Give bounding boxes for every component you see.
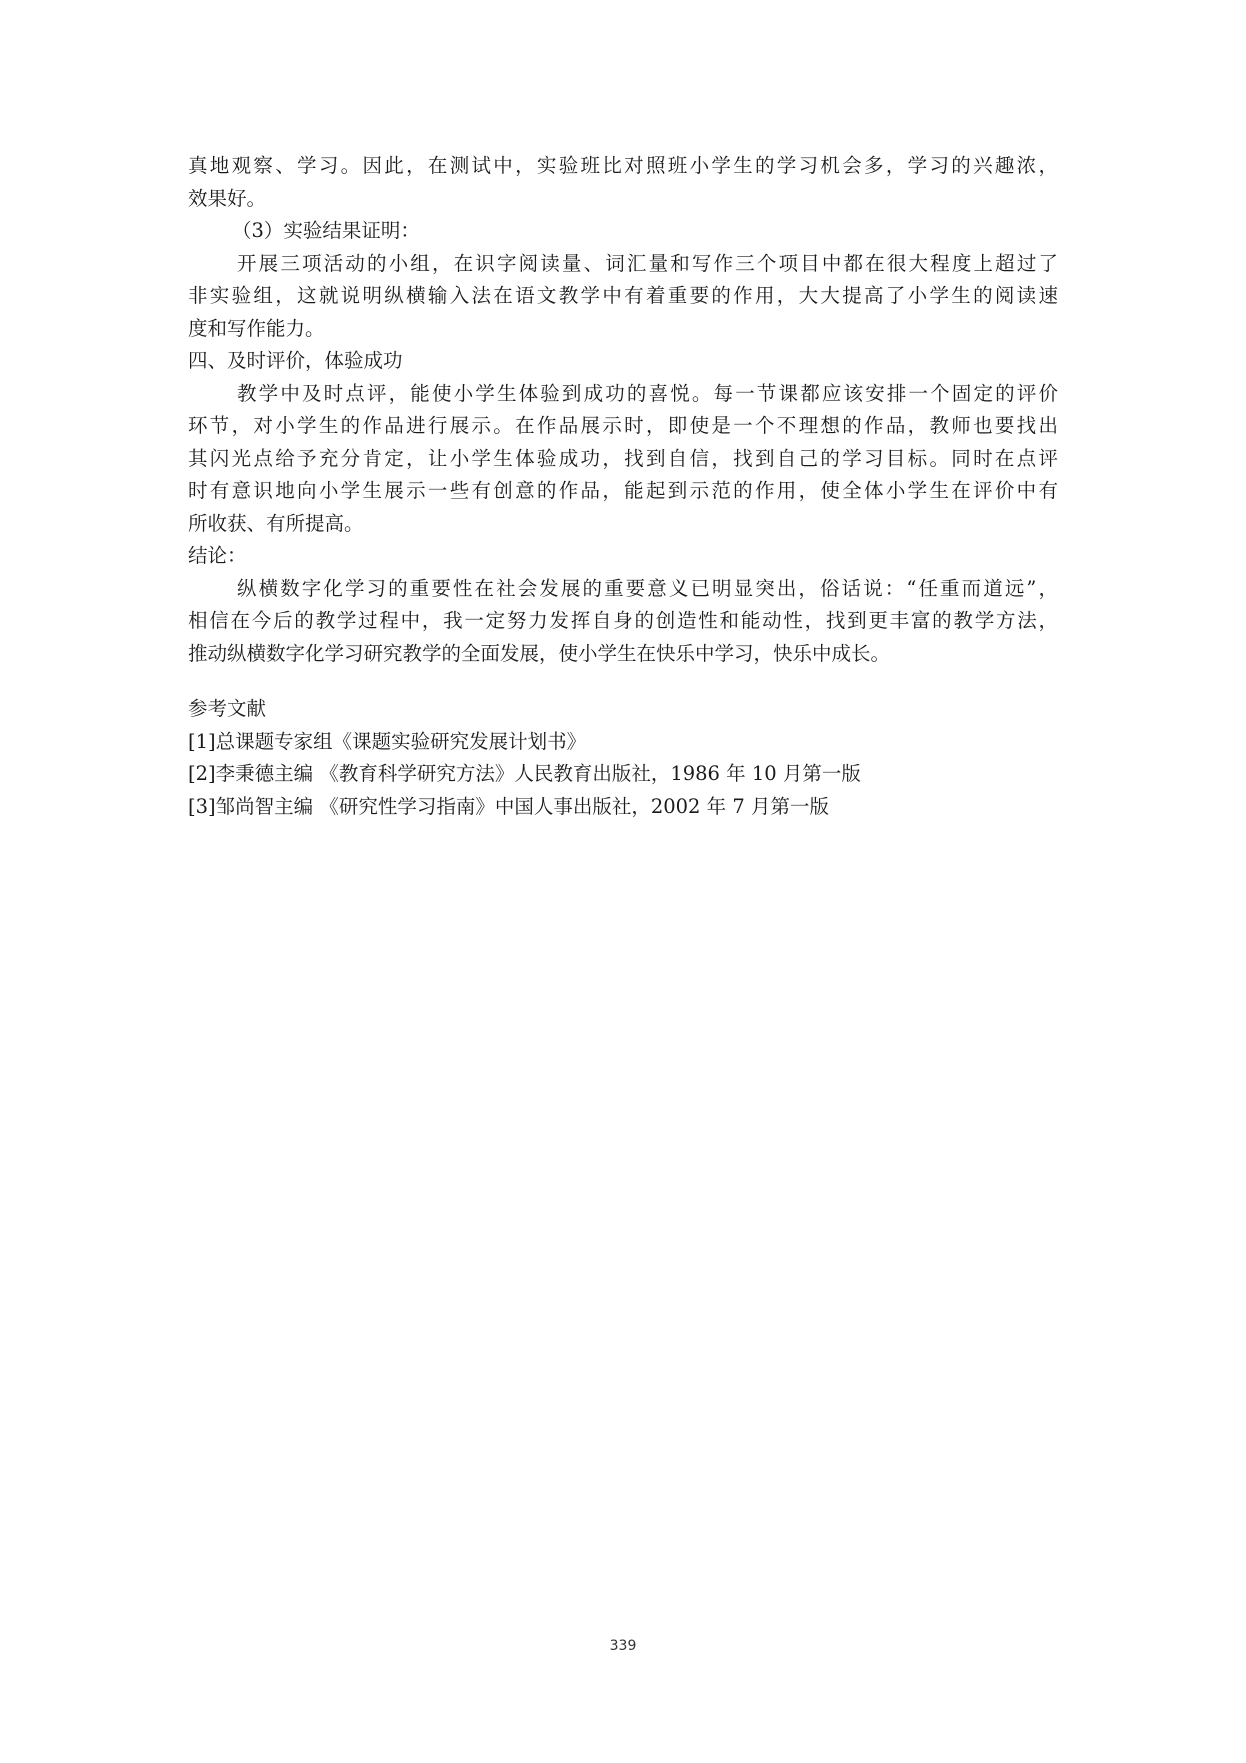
conclusion-heading: 结论： <box>188 540 1058 573</box>
body-line: 时有意识地向小学生展示一些有创意的作品，能起到示范的作用，使全体小学生在评价中有 <box>188 475 1058 508</box>
document-page: 真地观察、学习。因此，在测试中，实验班比对照班小学生的学习机会多，学习的兴趣浓，… <box>188 150 1058 823</box>
section-heading: 四、及时评价，体验成功 <box>188 345 1058 378</box>
reference-item: [2]李秉德主编 《教育科学研究方法》人民教育出版社，1986 年 10 月第一… <box>188 758 1058 791</box>
body-line: 非实验组，这就说明纵横输入法在语文教学中有着重要的作用，大大提高了小学生的阅读速 <box>188 280 1058 313</box>
body-line: 开展三项活动的小组，在识字阅读量、词汇量和写作三个项目中都在很大程度上超过了 <box>188 248 1058 281</box>
body-line: 度和写作能力。 <box>188 313 1058 346</box>
reference-item: [3]邹尚智主编 《研究性学习指南》中国人事出版社，2002 年 7 月第一版 <box>188 791 1058 824</box>
body-line: 纵横数字化学习的重要性在社会发展的重要意义已明显突出，俗话说：“任重而道远”， <box>188 573 1058 606</box>
body-line: 环节，对小学生的作品进行展示。在作品展示时，即使是一个不理想的作品，教师也要找出 <box>188 410 1058 443</box>
body-line: 效果好。 <box>188 183 1058 216</box>
references-section: 参考文献 [1]总课题专家组《课题实验研究发展计划书》 [2]李秉德主编 《教育… <box>188 693 1058 823</box>
subheading: （3）实验结果证明： <box>188 215 1058 248</box>
body-line: 相信在今后的教学过程中，我一定努力发挥自身的创造性和能动性，找到更丰富的教学方法… <box>188 605 1058 638</box>
body-line: 真地观察、学习。因此，在测试中，实验班比对照班小学生的学习机会多，学习的兴趣浓， <box>188 150 1058 183</box>
references-heading: 参考文献 <box>188 693 1058 726</box>
body-line: 所收获、有所提高。 <box>188 508 1058 541</box>
reference-item: [1]总课题专家组《课题实验研究发展计划书》 <box>188 726 1058 759</box>
body-line: 其闪光点给予充分肯定，让小学生体验成功，找到自信，找到自己的学习目标。同时在点评 <box>188 443 1058 476</box>
page-number: 339 <box>0 1638 1246 1654</box>
spacer <box>188 670 1058 693</box>
body-line: 推动纵横数字化学习研究教学的全面发展，使小学生在快乐中学习，快乐中成长。 <box>188 638 1058 671</box>
body-line: 教学中及时点评，能使小学生体验到成功的喜悦。每一节课都应该安排一个固定的评价 <box>188 378 1058 411</box>
